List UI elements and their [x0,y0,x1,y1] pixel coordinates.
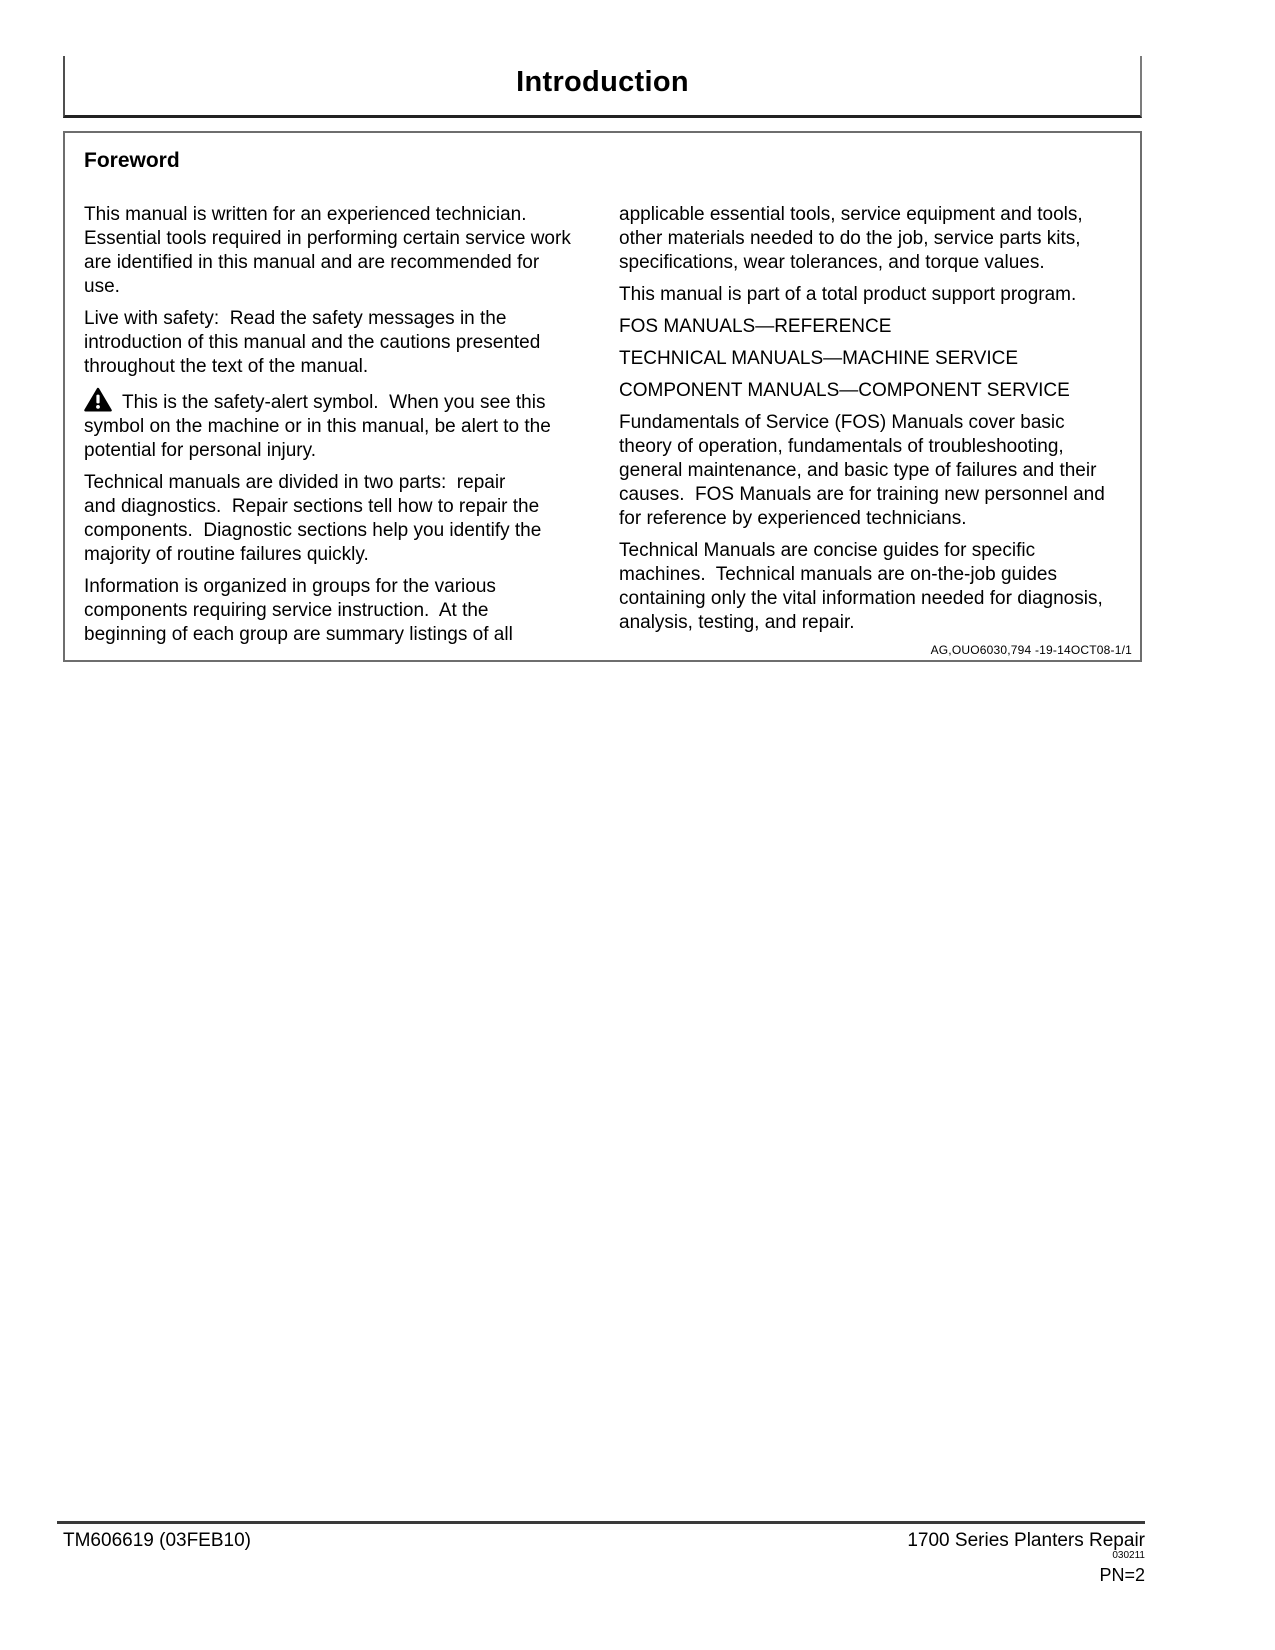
footer-revision-code: 030211 [1112,1550,1145,1561]
footer-manual-number: TM606619 (03FEB10) [63,1530,251,1552]
paragraph-live-with-safety: Live with safety: Read the safety messag… [84,307,589,379]
page-header: Introduction [63,56,1142,118]
right-column: applicable essential tools, service equi… [619,203,1120,655]
left-column: This manual is written for an experience… [84,203,589,655]
paragraph-safety-alert: This is the safety-alert symbol. When yo… [84,387,589,463]
safety-alert-text: This is the safety-alert symbol. When yo… [84,392,551,461]
page-title: Introduction [516,66,689,99]
paragraph-manual-written: This manual is written for an experience… [84,203,589,299]
section-heading: Foreword [84,148,1132,174]
paragraph-two-parts: Technical manuals are divided in two par… [84,471,589,567]
footer-page-number: PN=2 [1099,1565,1145,1586]
safety-alert-icon [84,387,112,412]
manual-page: Introduction Foreword This manual is wri… [0,0,1275,1650]
foreword-section: Foreword This manual is written for an e… [63,131,1142,662]
two-column-body: This manual is written for an experience… [84,203,1132,655]
list-item-component-manuals: COMPONENT MANUALS—COMPONENT SERVICE [619,379,1120,403]
paragraph-technical-manuals-concise: Technical Manuals are concise guides for… [619,539,1120,635]
footer-divider [57,1521,1145,1524]
paragraph-support-program: This manual is part of a total product s… [619,283,1120,307]
footer-manual-title: 1700 Series Planters Repair [907,1530,1145,1552]
paragraph-applicable-tools: applicable essential tools, service equi… [619,203,1120,275]
paragraph-information-groups: Information is organized in groups for t… [84,575,589,647]
paragraph-fundamentals: Fundamentals of Service (FOS) Manuals co… [619,411,1120,531]
list-item-technical-manuals: TECHNICAL MANUALS—MACHINE SERVICE [619,347,1120,371]
doc-reference-code: AG,OUO6030,794 -19-14OCT08-1/1 [931,643,1132,657]
list-item-fos-manuals: FOS MANUALS—REFERENCE [619,315,1120,339]
